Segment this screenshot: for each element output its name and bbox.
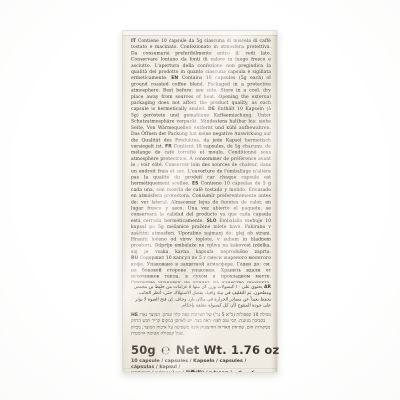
weight-net-label: Net Wt. <box>176 343 227 357</box>
arabic-info-block: AR يحتوي على ١٠ كبسولات وزن كل منها ٥ غر… <box>131 284 271 310</box>
multilingual-info-block: IT Contiene 10 capsule da 5g ciascuna di… <box>131 38 271 283</box>
weight-ounces: 1.76 oz <box>231 343 279 357</box>
package-side-edge <box>271 31 277 372</box>
capsule-count-block: 10 capsule / capsules / Kapseln / capsul… <box>131 358 271 372</box>
estimated-sign: ℮ <box>160 344 172 357</box>
hebrew-info-block: HE מכילה 10 קפסולות (כ"א 5 גר') של תערוב… <box>131 312 271 344</box>
weight-grams: 50g <box>131 343 156 357</box>
hebrew-info-text: HE מכילה 10 קפסולות (כ"א 5 גר') של תערוב… <box>131 312 271 337</box>
capsule-count-line-1: 10 capsule / capsules / Kapseln / capsul… <box>131 358 271 370</box>
coffee-package-back-panel: IT Contiene 10 capsule da 5g ciascuna di… <box>122 30 278 373</box>
capsule-count-line-2: капсул / κάψουλες / 胶囊(粒) / كبسولات / קפ… <box>131 370 271 372</box>
arabic-info-text: AR يحتوي على ١٠ كبسولات وزن كل منها ٥ غر… <box>131 284 271 309</box>
multilingual-info-text: IT Contiene 10 capsule da 5g ciascuna di… <box>131 38 271 283</box>
photo-background: IT Contiene 10 capsule da 5g ciascuna di… <box>0 0 400 400</box>
net-weight-line: 50g ℮ Net Wt. 1.76 oz <box>131 343 271 357</box>
package-top-fold <box>123 35 277 36</box>
